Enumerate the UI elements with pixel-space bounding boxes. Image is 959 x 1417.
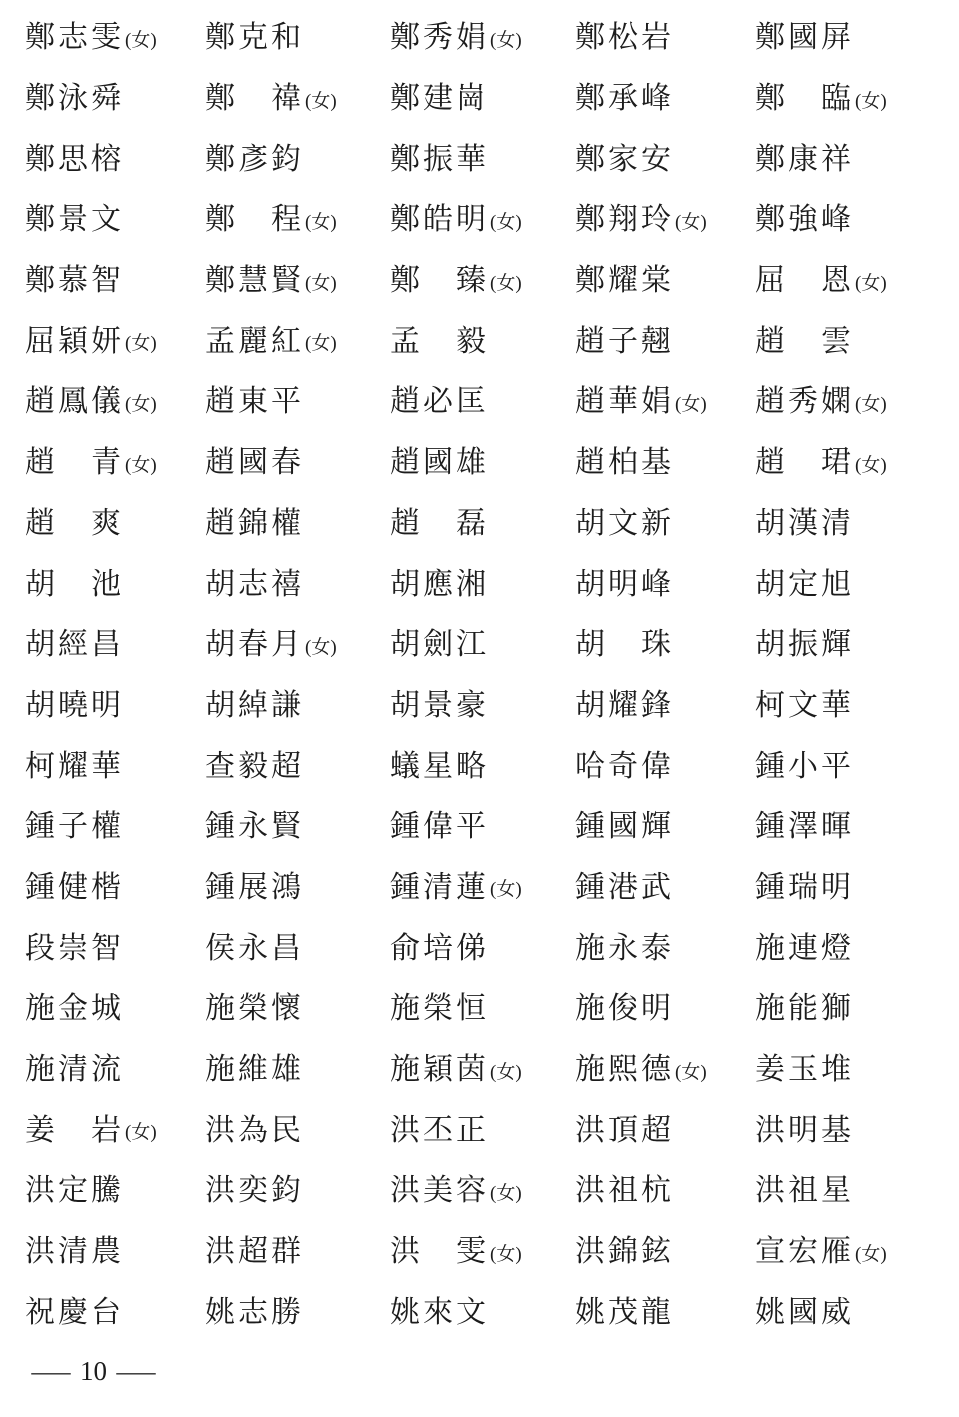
person-name: 施熙德: [575, 1055, 674, 1085]
name-cell: 胡漢清: [755, 494, 941, 555]
footer-dash-right: —: [117, 1359, 156, 1385]
female-marker: (女): [490, 213, 522, 232]
person-name: 俞培俤: [390, 934, 489, 964]
female-marker: (女): [490, 1245, 522, 1264]
person-name: 洪為民: [205, 1116, 304, 1146]
name-cell: 鄭 禕(女): [205, 69, 390, 130]
person-name: 胡 珠: [575, 630, 674, 660]
name-cell: 胡景豪: [390, 676, 575, 737]
person-name: 鄭 禕: [205, 84, 304, 114]
name-cell: 胡定旭: [755, 554, 941, 615]
name-cell: 趙國雄: [390, 433, 575, 494]
person-name: 鄭康祥: [755, 145, 854, 175]
person-name: 鄭 程: [205, 205, 304, 235]
name-cell: 鄭皓明(女): [390, 190, 575, 251]
person-name: 姜玉堆: [755, 1055, 854, 1085]
person-name: 胡景豪: [390, 691, 489, 721]
name-cell: 鄭 臻(女): [390, 251, 575, 312]
person-name: 胡耀鋒: [575, 691, 674, 721]
name-cell: 鍾子權: [25, 797, 205, 858]
female-marker: (女): [305, 213, 337, 232]
name-cell: 屈 恩(女): [755, 251, 941, 312]
person-name: 鍾港武: [575, 873, 674, 903]
name-cell: 胡綽謙: [205, 676, 390, 737]
name-cell: 鄭振華: [390, 129, 575, 190]
name-cell: 鄭景文: [25, 190, 205, 251]
name-cell: 柯文華: [755, 676, 941, 737]
person-name: 宣宏雁: [755, 1237, 854, 1267]
person-name: 孟 毅: [390, 327, 489, 357]
name-cell: 趙 珺(女): [755, 433, 941, 494]
name-cell: 鄭康祥: [755, 129, 941, 190]
person-name: 侯永昌: [205, 934, 304, 964]
name-cell: 姚來文: [390, 1282, 575, 1343]
person-name: 鄭 臻: [390, 266, 489, 296]
name-cell: 趙國春: [205, 433, 390, 494]
name-cell: 鄭慧賢(女): [205, 251, 390, 312]
person-name: 洪錦鉉: [575, 1237, 674, 1267]
person-name: 胡文新: [575, 509, 674, 539]
person-name: 鄭克和: [205, 23, 304, 53]
person-name: 施維雄: [205, 1055, 304, 1085]
person-name: 鄭家安: [575, 145, 674, 175]
person-name: 施穎茵: [390, 1055, 489, 1085]
person-name: 洪祖星: [755, 1176, 854, 1206]
name-cell: 姚茂龍: [575, 1282, 755, 1343]
name-cell: 鄭強峰: [755, 190, 941, 251]
person-name: 胡明峰: [575, 570, 674, 600]
person-name: 趙 青: [25, 448, 124, 478]
person-name: 施永泰: [575, 934, 674, 964]
person-name: 趙東平: [205, 387, 304, 417]
person-name: 姜 岩: [25, 1116, 124, 1146]
person-name: 施俊明: [575, 994, 674, 1024]
person-name: 趙 磊: [390, 509, 489, 539]
person-name: 洪美容: [390, 1176, 489, 1206]
name-cell: 趙鳳儀(女): [25, 372, 205, 433]
name-cell: 施穎茵(女): [390, 1040, 575, 1101]
person-name: 姚茂龍: [575, 1298, 674, 1328]
female-marker: (女): [855, 92, 887, 111]
name-cell: 鄭家安: [575, 129, 755, 190]
person-name: 鍾偉平: [390, 812, 489, 842]
person-name: 洪 雯: [390, 1237, 489, 1267]
person-name: 鄭慧賢: [205, 266, 304, 296]
person-name: 趙 珺: [755, 448, 854, 478]
name-cell: 柯耀華: [25, 736, 205, 797]
person-name: 胡應湘: [390, 570, 489, 600]
name-cell: 段崇智: [25, 918, 205, 979]
person-name: 鄭皓明: [390, 205, 489, 235]
person-name: 胡 池: [25, 570, 124, 600]
name-cell: 施榮懷: [205, 979, 390, 1040]
name-cell: 施俊明: [575, 979, 755, 1040]
person-name: 趙必匡: [390, 387, 489, 417]
name-cell: 姚國威: [755, 1282, 941, 1343]
female-marker: (女): [490, 31, 522, 50]
person-name: 鄭志雯: [25, 23, 124, 53]
female-marker: (女): [855, 274, 887, 293]
name-cell: 鍾清蓮(女): [390, 858, 575, 919]
person-name: 鄭國屏: [755, 23, 854, 53]
name-cell: 胡曉明: [25, 676, 205, 737]
person-name: 鄭慕智: [25, 266, 124, 296]
name-cell: 趙華娟(女): [575, 372, 755, 433]
person-name: 鍾清蓮: [390, 873, 489, 903]
name-cell: 施榮恒: [390, 979, 575, 1040]
name-cell: 施能獅: [755, 979, 941, 1040]
name-cell: 鄭 程(女): [205, 190, 390, 251]
person-name: 施榮懷: [205, 994, 304, 1024]
female-marker: (女): [490, 1184, 522, 1203]
name-cell: 胡經昌: [25, 615, 205, 676]
name-cell: 鍾澤暉: [755, 797, 941, 858]
person-name: 鄭強峰: [755, 205, 854, 235]
name-cell: 鄭思榕: [25, 129, 205, 190]
person-name: 柯耀華: [25, 752, 124, 782]
person-name: 洪明基: [755, 1116, 854, 1146]
person-name: 鄭耀棠: [575, 266, 674, 296]
name-cell: 胡明峰: [575, 554, 755, 615]
person-name: 鍾永賢: [205, 812, 304, 842]
person-name: 鍾展鴻: [205, 873, 304, 903]
name-cell: 施金城: [25, 979, 205, 1040]
person-name: 胡漢清: [755, 509, 854, 539]
person-name: 洪頂超: [575, 1116, 674, 1146]
person-name: 鍾瑞明: [755, 873, 854, 903]
person-name: 姚來文: [390, 1298, 489, 1328]
person-name: 洪祖杭: [575, 1176, 674, 1206]
name-cell: 洪祖杭: [575, 1161, 755, 1222]
person-name: 鄭建崗: [390, 84, 489, 114]
name-cell: 胡應湘: [390, 554, 575, 615]
female-marker: (女): [305, 638, 337, 657]
name-cell: 施維雄: [205, 1040, 390, 1101]
name-cell: 鍾國輝: [575, 797, 755, 858]
female-marker: (女): [855, 456, 887, 475]
person-name: 鄭思榕: [25, 145, 124, 175]
name-cell: 趙子翹: [575, 311, 755, 372]
name-cell: 趙秀嫻(女): [755, 372, 941, 433]
name-cell: 查毅超: [205, 736, 390, 797]
name-cell: 鍾小平: [755, 736, 941, 797]
person-name: 施金城: [25, 994, 124, 1024]
name-cell: 侯永昌: [205, 918, 390, 979]
name-cell: 鄭 臨(女): [755, 69, 941, 130]
name-cell: 趙錦權: [205, 494, 390, 555]
person-name: 趙秀嫻: [755, 387, 854, 417]
name-cell: 鍾健楷: [25, 858, 205, 919]
female-marker: (女): [675, 395, 707, 414]
name-cell: 鄭耀棠: [575, 251, 755, 312]
female-marker: (女): [675, 213, 707, 232]
name-cell: 孟 毅: [390, 311, 575, 372]
female-marker: (女): [125, 334, 157, 353]
person-name: 鄭彥鈞: [205, 145, 304, 175]
person-name: 胡經昌: [25, 630, 124, 660]
person-name: 鍾健楷: [25, 873, 124, 903]
name-cell: 鍾展鴻: [205, 858, 390, 919]
name-cell: 趙必匡: [390, 372, 575, 433]
name-cell: 鄭慕智: [25, 251, 205, 312]
name-cell: 洪丕正: [390, 1100, 575, 1161]
name-cell: 胡 珠: [575, 615, 755, 676]
female-marker: (女): [305, 92, 337, 111]
female-marker: (女): [125, 31, 157, 50]
person-name: 姚國威: [755, 1298, 854, 1328]
person-name: 鄭承峰: [575, 84, 674, 114]
person-name: 孟麗紅: [205, 327, 304, 357]
name-cell: 鄭承峰: [575, 69, 755, 130]
name-cell: 施清流: [25, 1040, 205, 1101]
name-cell: 洪美容(女): [390, 1161, 575, 1222]
person-name: 洪超群: [205, 1237, 304, 1267]
person-name: 鄭泳舜: [25, 84, 124, 114]
person-name: 鄭秀娟: [390, 23, 489, 53]
female-marker: (女): [125, 456, 157, 475]
name-cell: 鄭松岩: [575, 8, 755, 69]
name-cell: 洪錦鉉: [575, 1222, 755, 1283]
person-name: 屈 恩: [755, 266, 854, 296]
name-cell: 趙 青(女): [25, 433, 205, 494]
name-cell: 施熙德(女): [575, 1040, 755, 1101]
page-footer: — 10 —: [38, 1358, 149, 1385]
name-cell: 俞培俤: [390, 918, 575, 979]
page-number: 10: [80, 1358, 107, 1385]
person-name: 鍾子權: [25, 812, 124, 842]
person-name: 鄭松岩: [575, 23, 674, 53]
name-cell: 姜玉堆: [755, 1040, 941, 1101]
name-cell: 鄭翔玲(女): [575, 190, 755, 251]
name-cell: 鄭秀娟(女): [390, 8, 575, 69]
person-name: 鍾澤暉: [755, 812, 854, 842]
female-marker: (女): [125, 395, 157, 414]
person-name: 姚志勝: [205, 1298, 304, 1328]
person-name: 洪清農: [25, 1237, 124, 1267]
name-cell: 姜 岩(女): [25, 1100, 205, 1161]
name-cell: 胡春月(女): [205, 615, 390, 676]
name-cell: 趙 爽: [25, 494, 205, 555]
person-name: 鄭振華: [390, 145, 489, 175]
name-cell: 哈奇偉: [575, 736, 755, 797]
name-cell: 洪超群: [205, 1222, 390, 1283]
female-marker: (女): [855, 1245, 887, 1264]
female-marker: (女): [855, 395, 887, 414]
person-name: 胡春月: [205, 630, 304, 660]
name-cell: 洪祖星: [755, 1161, 941, 1222]
person-name: 鄭翔玲: [575, 205, 674, 235]
name-cell: 洪奕鈞: [205, 1161, 390, 1222]
person-name: 蟻星略: [390, 752, 489, 782]
female-marker: (女): [490, 880, 522, 899]
person-name: 胡綽謙: [205, 691, 304, 721]
person-name: 趙國春: [205, 448, 304, 478]
person-name: 趙柏基: [575, 448, 674, 478]
person-name: 鍾小平: [755, 752, 854, 782]
name-cell: 趙柏基: [575, 433, 755, 494]
person-name: 洪奕鈞: [205, 1176, 304, 1206]
name-cell: 鄭志雯(女): [25, 8, 205, 69]
name-cell: 施連燈: [755, 918, 941, 979]
name-grid: 鄭志雯(女)鄭克和鄭秀娟(女)鄭松岩鄭國屏鄭泳舜鄭 禕(女)鄭建崗鄭承峰鄭 臨(…: [25, 8, 941, 1343]
name-cell: 趙 磊: [390, 494, 575, 555]
person-name: 趙 雲: [755, 327, 854, 357]
person-name: 洪定騰: [25, 1176, 124, 1206]
person-name: 趙 爽: [25, 509, 124, 539]
name-cell: 胡文新: [575, 494, 755, 555]
name-cell: 施永泰: [575, 918, 755, 979]
person-name: 施榮恒: [390, 994, 489, 1024]
name-cell: 洪 雯(女): [390, 1222, 575, 1283]
name-cell: 祝慶台: [25, 1282, 205, 1343]
name-cell: 宣宏雁(女): [755, 1222, 941, 1283]
person-name: 哈奇偉: [575, 752, 674, 782]
name-cell: 胡志禧: [205, 554, 390, 615]
name-cell: 洪頂超: [575, 1100, 755, 1161]
name-cell: 鄭克和: [205, 8, 390, 69]
person-name: 胡劍江: [390, 630, 489, 660]
person-name: 洪丕正: [390, 1116, 489, 1146]
name-cell: 胡振輝: [755, 615, 941, 676]
name-cell: 胡劍江: [390, 615, 575, 676]
person-name: 趙國雄: [390, 448, 489, 478]
person-name: 胡振輝: [755, 630, 854, 660]
name-cell: 鍾瑞明: [755, 858, 941, 919]
person-name: 鄭景文: [25, 205, 124, 235]
name-cell: 洪為民: [205, 1100, 390, 1161]
person-name: 施能獅: [755, 994, 854, 1024]
person-name: 胡曉明: [25, 691, 124, 721]
person-name: 胡定旭: [755, 570, 854, 600]
female-marker: (女): [490, 274, 522, 293]
person-name: 趙子翹: [575, 327, 674, 357]
name-cell: 鄭國屏: [755, 8, 941, 69]
person-name: 施連燈: [755, 934, 854, 964]
name-cell: 洪明基: [755, 1100, 941, 1161]
person-name: 祝慶台: [25, 1298, 124, 1328]
name-cell: 鄭彥鈞: [205, 129, 390, 190]
name-cell: 趙東平: [205, 372, 390, 433]
person-name: 屈穎妍: [25, 327, 124, 357]
person-name: 趙鳳儀: [25, 387, 124, 417]
person-name: 趙錦權: [205, 509, 304, 539]
name-cell: 趙 雲: [755, 311, 941, 372]
female-marker: (女): [490, 1063, 522, 1082]
person-name: 柯文華: [755, 691, 854, 721]
name-cell: 屈穎妍(女): [25, 311, 205, 372]
female-marker: (女): [305, 334, 337, 353]
person-name: 施清流: [25, 1055, 124, 1085]
name-cell: 洪清農: [25, 1222, 205, 1283]
name-cell: 孟麗紅(女): [205, 311, 390, 372]
female-marker: (女): [675, 1063, 707, 1082]
female-marker: (女): [125, 1123, 157, 1142]
person-name: 鄭 臨: [755, 84, 854, 114]
person-name: 胡志禧: [205, 570, 304, 600]
person-name: 趙華娟: [575, 387, 674, 417]
name-cell: 姚志勝: [205, 1282, 390, 1343]
name-cell: 鍾港武: [575, 858, 755, 919]
female-marker: (女): [305, 274, 337, 293]
person-name: 鍾國輝: [575, 812, 674, 842]
name-cell: 胡耀鋒: [575, 676, 755, 737]
footer-dash-left: —: [32, 1359, 71, 1385]
person-name: 查毅超: [205, 752, 304, 782]
name-cell: 鄭建崗: [390, 69, 575, 130]
document-page: 鄭志雯(女)鄭克和鄭秀娟(女)鄭松岩鄭國屏鄭泳舜鄭 禕(女)鄭建崗鄭承峰鄭 臨(…: [0, 0, 959, 1417]
name-cell: 鄭泳舜: [25, 69, 205, 130]
name-cell: 鍾永賢: [205, 797, 390, 858]
name-cell: 蟻星略: [390, 736, 575, 797]
person-name: 段崇智: [25, 934, 124, 964]
name-cell: 鍾偉平: [390, 797, 575, 858]
name-cell: 洪定騰: [25, 1161, 205, 1222]
name-cell: 胡 池: [25, 554, 205, 615]
